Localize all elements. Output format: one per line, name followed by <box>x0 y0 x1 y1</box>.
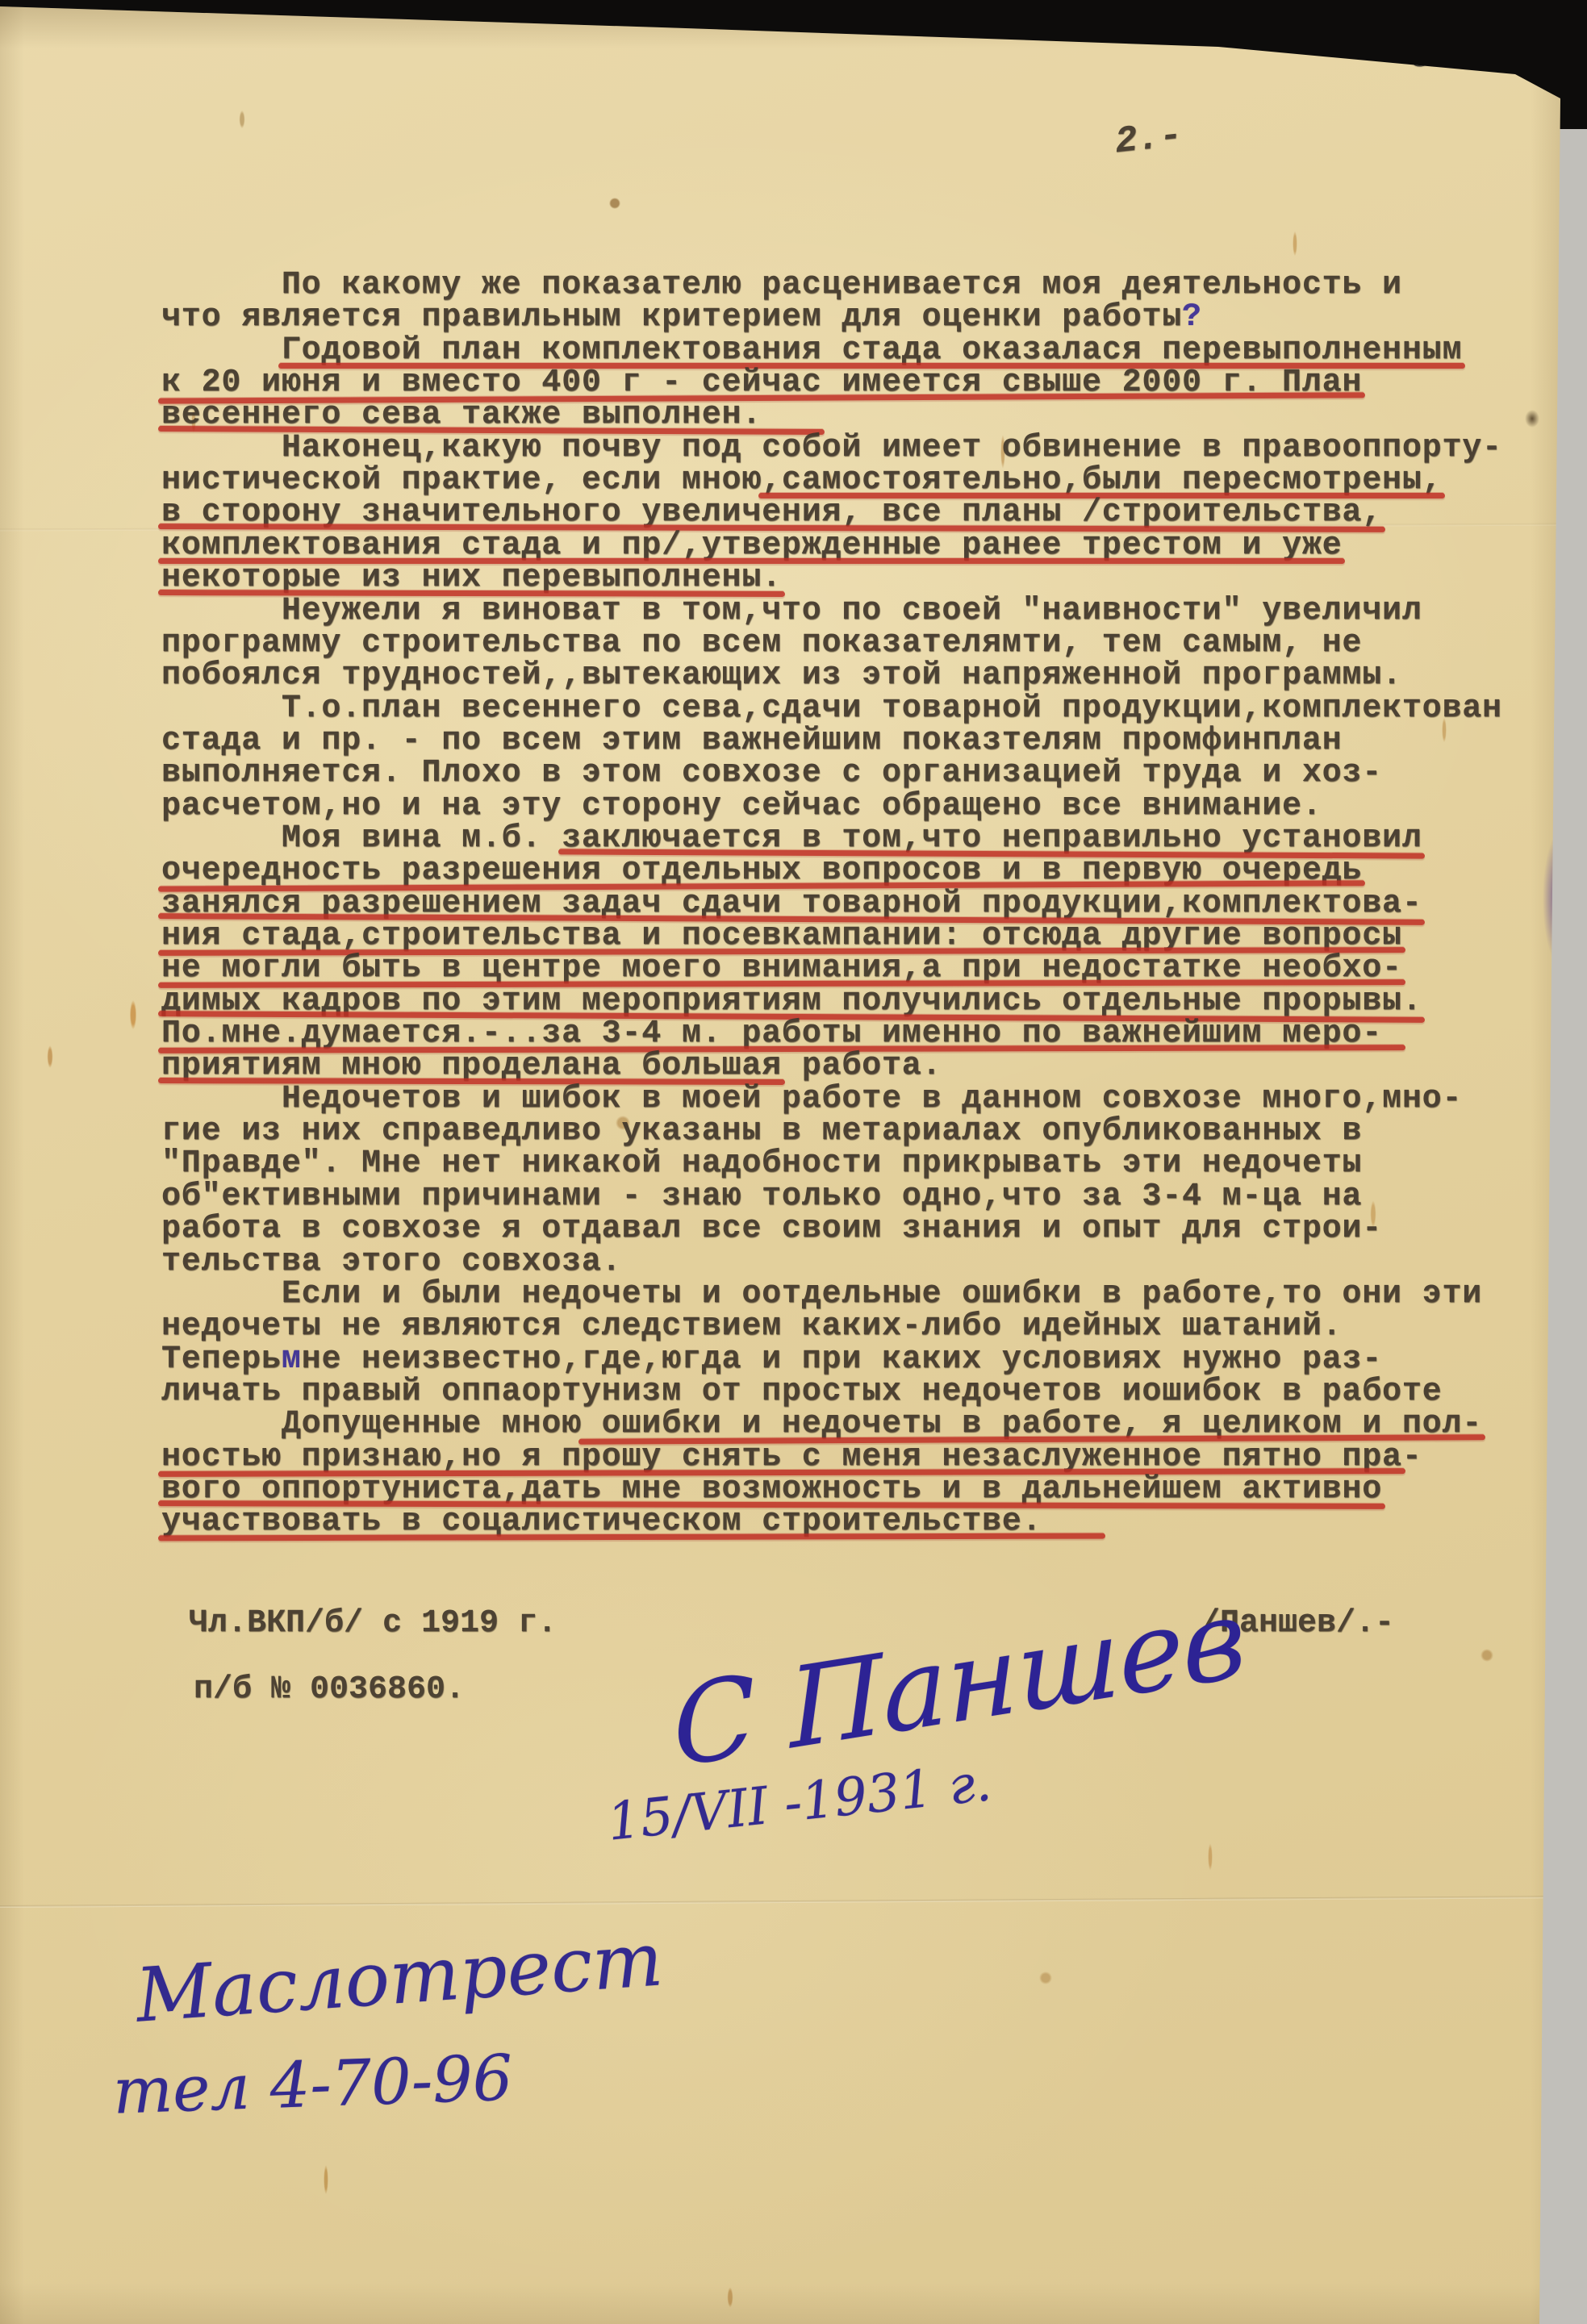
typed-line: Теперьмне неизвестно,где,югда и при каки… <box>161 1344 1382 1376</box>
typed-line: Недочетов и шибок в моей работе в данном… <box>161 1083 1462 1116</box>
typed-line: Неужели я виноват в том,что по своей "на… <box>161 595 1422 628</box>
typed-line: приятиям мною проделана большая работа. <box>161 1050 942 1083</box>
typed-line: личать правый оппаортунизм от простых не… <box>161 1376 1442 1408</box>
typed-line: не могли быть в центре моего внимания,а … <box>161 953 1402 985</box>
paper-sheet: 62 2.- По какому же показателю расценива… <box>0 0 1587 2324</box>
typed-line: Годовой план комплектования стада оказал… <box>161 335 1462 367</box>
typed-page-number: 2.- <box>1113 115 1184 163</box>
typed-line: выполняется. Плохо в этом совхозе с орга… <box>161 757 1382 790</box>
stain-dot <box>1525 410 1539 428</box>
typed-line: тельства этого совхоза. <box>161 1246 622 1279</box>
ink-correction: м <box>282 1341 302 1378</box>
typed-line: весеннего сева также выполнен. <box>161 399 762 432</box>
typed-line: расчетом,но и на эту сторону сейчас обра… <box>161 791 1322 823</box>
typed-line: По.мне.думается.-..за 3-4 м. работы имен… <box>161 1018 1382 1050</box>
typed-line: димых кадров по этим мероприятиям получи… <box>161 986 1422 1018</box>
ink-blob <box>1543 831 1580 966</box>
typed-line: Моя вина м.б. заключается в том,что непр… <box>161 823 1422 855</box>
ink-blob <box>1557 962 1581 1018</box>
typed-line: занялся разрешением задач сдачи товарной… <box>161 888 1422 920</box>
typed-line: нистической практие, если мною,самостоят… <box>161 465 1442 497</box>
typed-line: участвовать в соцалистическом строительс… <box>161 1506 1042 1538</box>
typed-line: Допущенные мною ошибки и недочеты в рабо… <box>161 1408 1482 1441</box>
typed-line: гие из них справедливо указаны в метариа… <box>161 1116 1362 1148</box>
scanned-document: 62 2.- По какому же показателю расценива… <box>0 0 1587 2324</box>
typed-line: недочеты не являются следствием каких-ли… <box>161 1311 1342 1343</box>
typed-line: некоторые из них перевыполнены. <box>161 562 782 595</box>
typed-line: об"ективными причинами - знаю только одн… <box>161 1181 1362 1213</box>
typed-line: что является правильным критерием для оц… <box>161 302 1202 334</box>
typed-line: в сторону значительного увеличения, все … <box>161 497 1382 529</box>
paper-crease <box>0 1896 1581 1908</box>
typed-line: комплектования стада и пр/,утвержденные … <box>161 530 1342 562</box>
handwritten-phone-note: тел 4-70-96 <box>112 2042 514 2128</box>
typed-line: стада и пр. - по всем этим важнейшим пок… <box>161 725 1342 757</box>
ink-correction: ? <box>1182 299 1202 336</box>
typed-line: очередность разрешения отдельных вопросо… <box>161 855 1362 887</box>
typed-line: ния стада,строительства и посевкампании:… <box>161 920 1402 953</box>
typed-line: Если и были недочеты и оотдельные ошибки… <box>161 1279 1482 1311</box>
typed-line: программу строительства по всем показате… <box>161 628 1362 660</box>
typed-line: Наконец,какую почву под собой имеет обви… <box>161 432 1502 465</box>
party-membership-line: Чл.ВКП/б/ с 1919 г. <box>189 1605 557 1642</box>
typed-line: вого оппортуниста,дать мне возможность и… <box>161 1474 1382 1506</box>
typed-line: работа в совхозе я отдавал все своим зна… <box>161 1213 1382 1245</box>
typed-line: побоялся трудностей,,вытекающих из этой … <box>161 660 1402 692</box>
party-card-number: п/б № 0036860. <box>194 1671 465 1708</box>
typed-line: ностью признаю,но я прошу снять с меня н… <box>161 1442 1422 1474</box>
typed-line: По какому же показателю расценивается мо… <box>161 269 1402 302</box>
typed-line: к 20 июня и вместо 400 г - сейчас имеетс… <box>161 367 1362 399</box>
typed-line: "Правде". Мне нет никакой надобности при… <box>161 1148 1362 1180</box>
handwritten-org-note: Маслотрест <box>133 1916 666 2038</box>
typed-line: Т.о.план весеннего сева,сдачи товарной п… <box>161 693 1502 725</box>
